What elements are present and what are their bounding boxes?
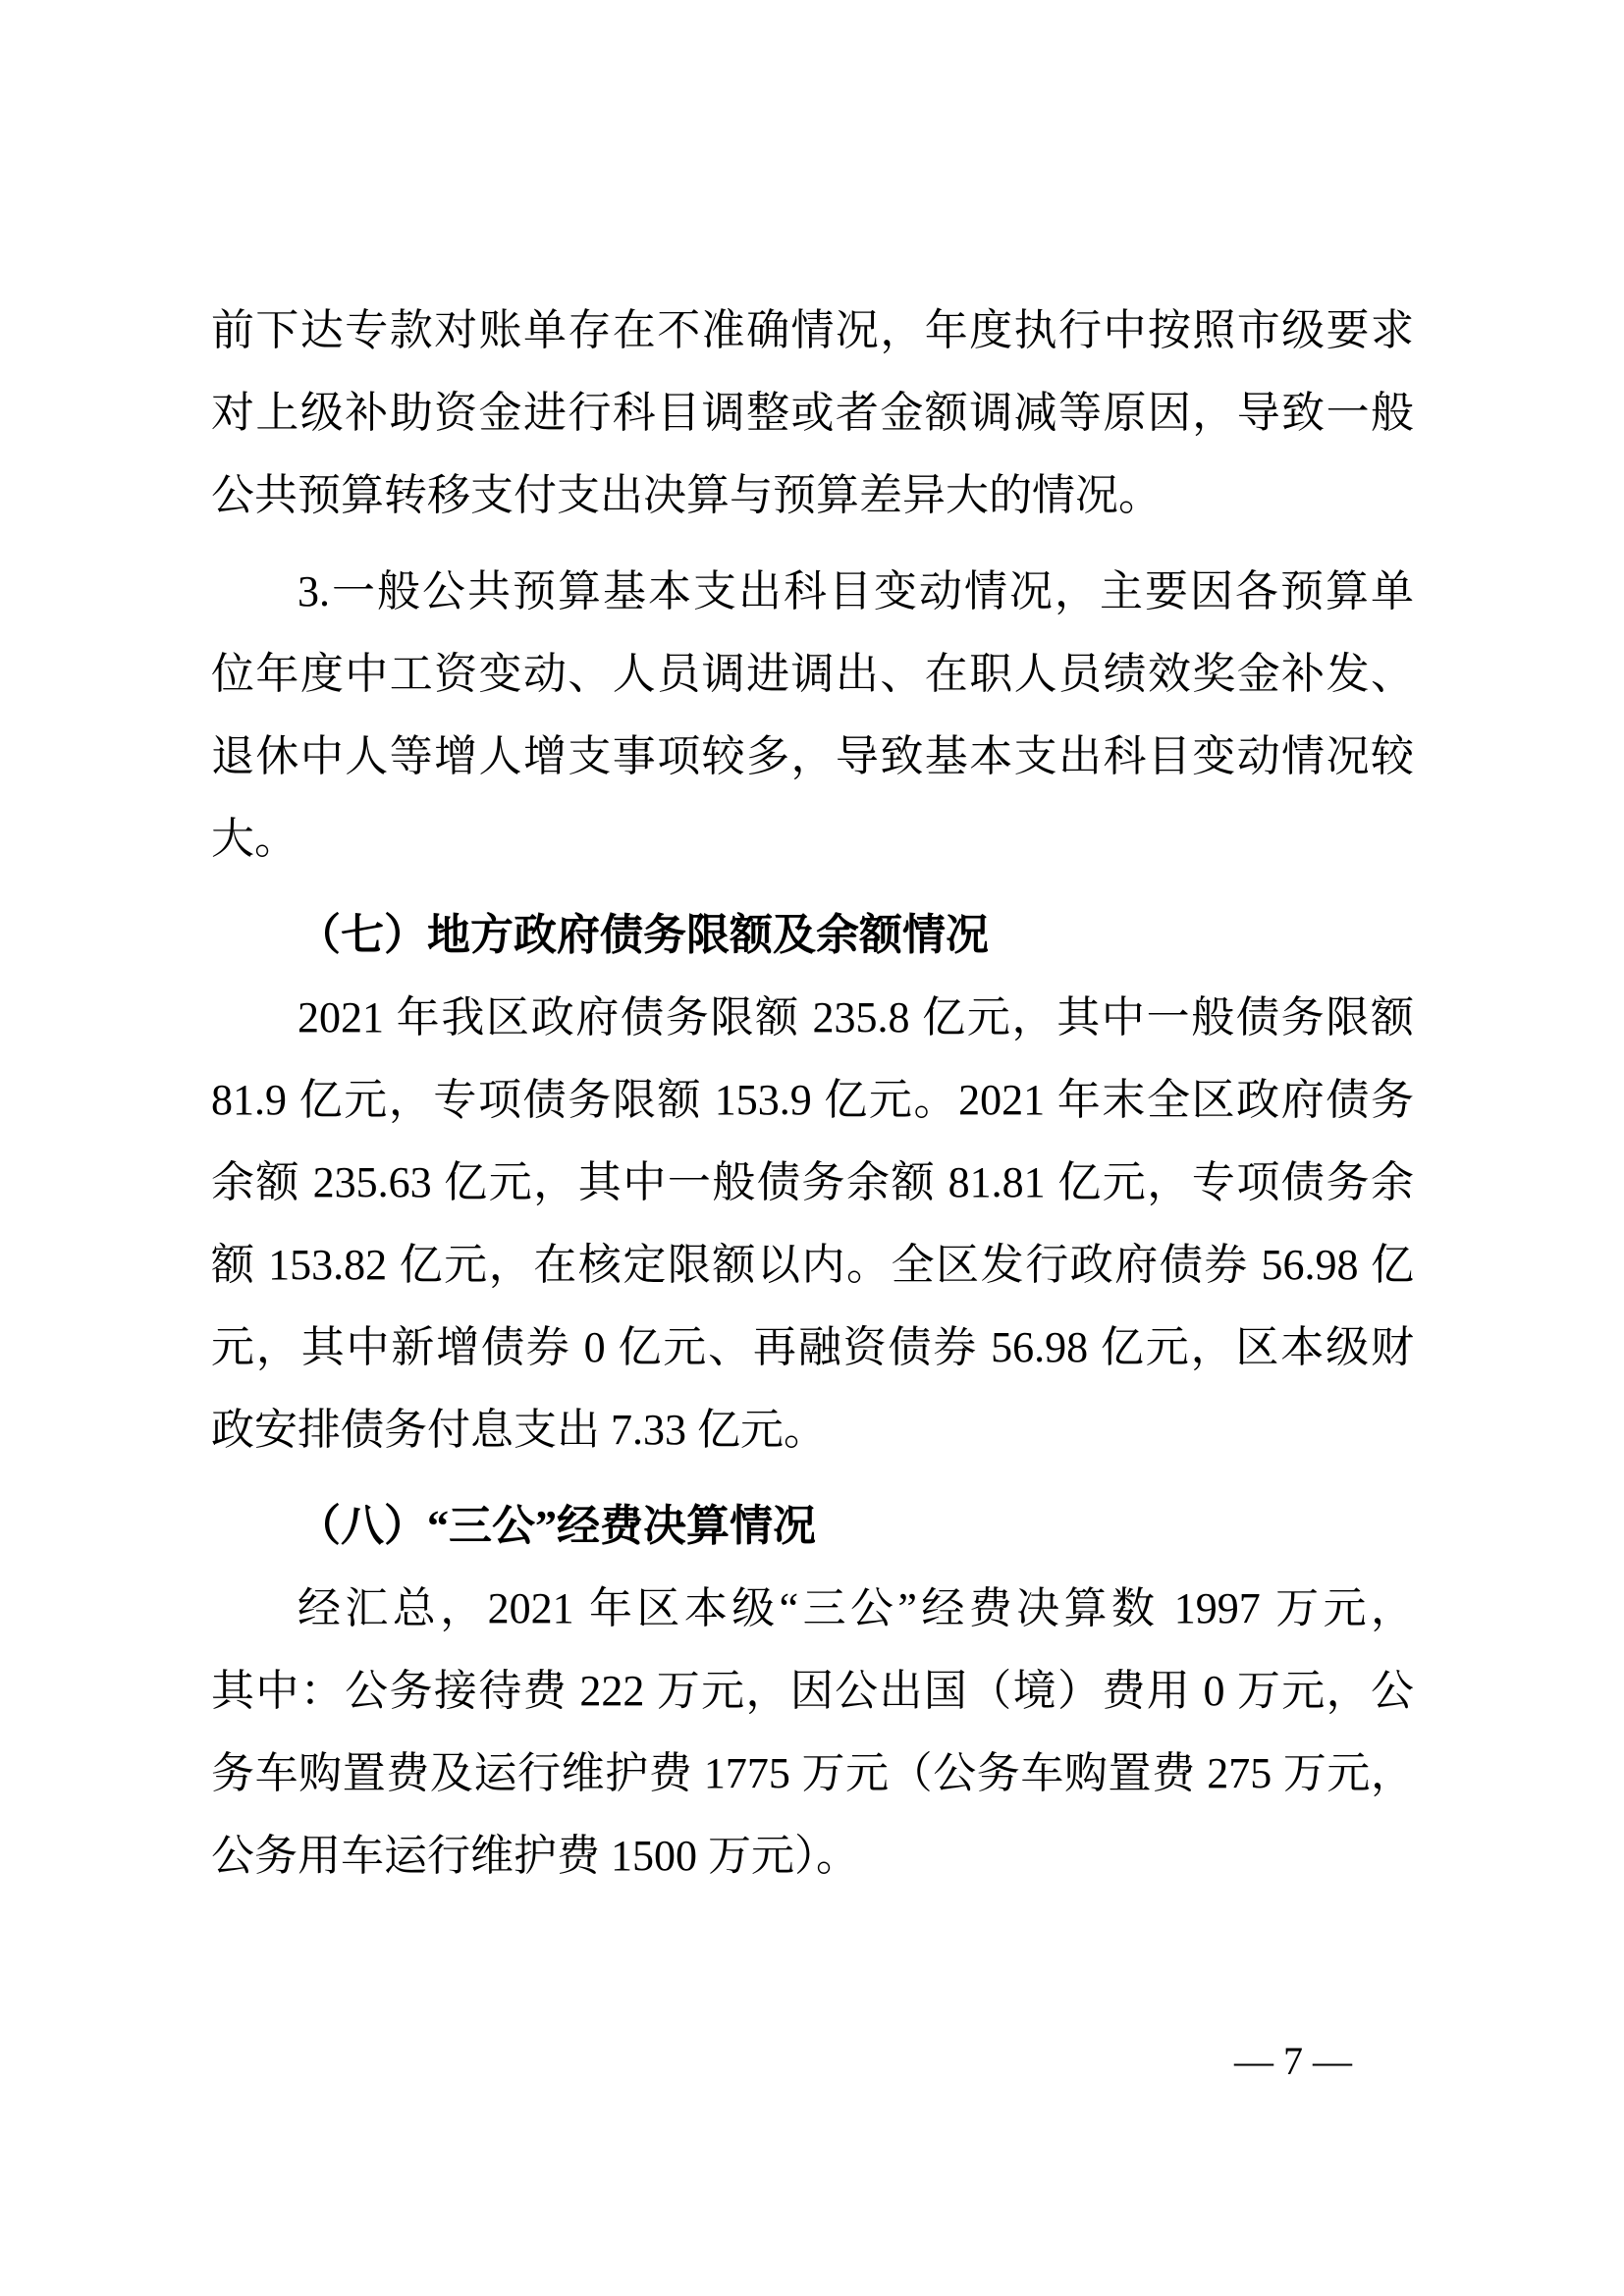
section-heading: （八）“三公”经费决算情况 xyxy=(211,1485,1414,1568)
text-line: 公务用车运行维护费 1500 万元）。 xyxy=(211,1815,1414,1897)
text-line: 2021 年我区政府债务限额 235.8 亿元，其中一般债务限额 xyxy=(211,977,1414,1059)
text-line: 务车购置费及运行维护费 1775 万元（公务车购置费 275 万元， xyxy=(211,1733,1414,1815)
document-page: 前下达专款对账单存在不准确情况，年度执行中按照市级要求对上级补助资金进行科目调整… xyxy=(0,0,1624,2296)
heading-line: （七）地方政府债务限额及余额情况 xyxy=(211,894,1414,977)
section-heading: （七）地方政府债务限额及余额情况 xyxy=(211,894,1414,977)
text-line: 公共预算转移支付支出决算与预算差异大的情况。 xyxy=(211,454,1414,537)
page-number: — 7 — xyxy=(1234,2039,1352,2083)
text-line: 政安排债务付息支出 7.33 亿元。 xyxy=(211,1389,1414,1471)
text-line: 经汇总，2021 年区本级“三公”经费决算数 1997 万元， xyxy=(211,1568,1414,1650)
paragraph: 经汇总，2021 年区本级“三公”经费决算数 1997 万元，其中：公务接待费 … xyxy=(211,1568,1414,1897)
text-line: 其中：公务接待费 222 万元，因公出国（境）费用 0 万元，公 xyxy=(211,1650,1414,1733)
text-line: 大。 xyxy=(211,798,1414,881)
text-line: 前下达专款对账单存在不准确情况，年度执行中按照市级要求 xyxy=(211,290,1414,372)
paragraph: 3.一般公共预算基本支出科目变动情况，主要因各预算单位年度中工资变动、人员调进调… xyxy=(211,551,1414,881)
heading-line: （八）“三公”经费决算情况 xyxy=(211,1485,1414,1568)
text-line: 3.一般公共预算基本支出科目变动情况，主要因各预算单 xyxy=(211,551,1414,633)
text-line: 位年度中工资变动、人员调进调出、在职人员绩效奖金补发、 xyxy=(211,633,1414,716)
page-footer: — 7 — xyxy=(1224,2034,1362,2089)
paragraph: 前下达专款对账单存在不准确情况，年度执行中按照市级要求对上级补助资金进行科目调整… xyxy=(211,290,1414,537)
text-line: 81.9 亿元，专项债务限额 153.9 亿元。2021 年末全区政府债务 xyxy=(211,1059,1414,1142)
text-line: 余额 235.63 亿元，其中一般债务余额 81.81 亿元，专项债务余 xyxy=(211,1142,1414,1224)
text-line: 元，其中新增债券 0 亿元、再融资债券 56.98 亿元，区本级财 xyxy=(211,1307,1414,1389)
text-line: 退休中人等增人增支事项较多，导致基本支出科目变动情况较 xyxy=(211,716,1414,798)
paragraph: 2021 年我区政府债务限额 235.8 亿元，其中一般债务限额81.9 亿元，… xyxy=(211,977,1414,1471)
text-line: 额 153.82 亿元，在核定限额以内。全区发行政府债券 56.98 亿 xyxy=(211,1224,1414,1307)
text-line: 对上级补助资金进行科目调整或者金额调减等原因，导致一般 xyxy=(211,372,1414,454)
document-content: 前下达专款对账单存在不准确情况，年度执行中按照市级要求对上级补助资金进行科目调整… xyxy=(211,290,1414,1897)
